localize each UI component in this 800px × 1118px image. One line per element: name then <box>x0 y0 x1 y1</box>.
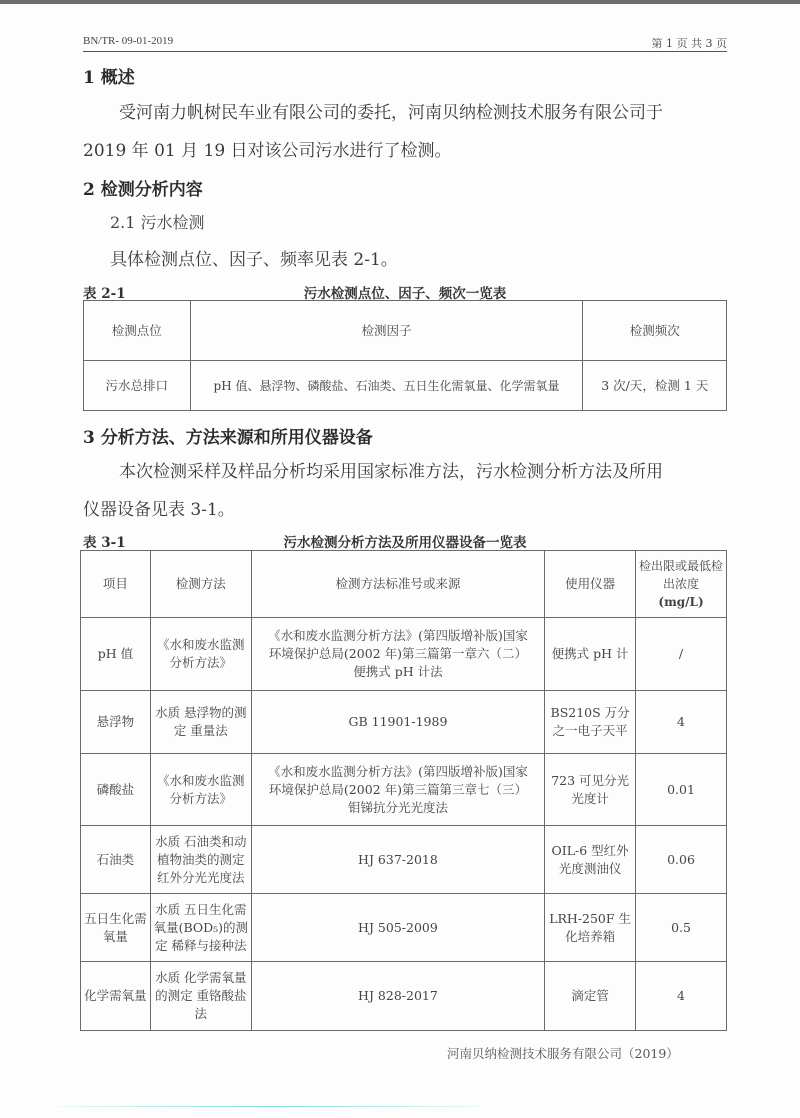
section-3-para-line2: 仪器设备见表 3-1。 <box>83 495 727 520</box>
cell-instrument: LRH-250F 生化培养箱 <box>545 894 636 962</box>
header-cell: 检测方法标准号或来源 <box>251 551 544 618</box>
table-row: 石油类 水质 石油类和动植物油类的测定 红外分光光度法 HJ 637-2018 … <box>81 826 727 894</box>
table-row: 悬浮物 水质 悬浮物的测定 重量法 GB 11901-1989 BS210S 万… <box>81 691 727 754</box>
cell-method: 《水和废水监测分析方法》 <box>150 618 251 691</box>
table-row: 化学需氧量 水质 化学需氧量的测定 重铬酸盐法 HJ 828-2017 滴定管 … <box>81 962 727 1031</box>
cell-limit: 0.5 <box>636 894 727 962</box>
section-2-heading: 2 检测分析内容 <box>83 175 203 200</box>
cell-source: 《水和废水监测分析方法》(第四版增补版)国家环境保护总局(2002 年)第三篇第… <box>251 618 544 691</box>
scan-edge <box>0 0 800 4</box>
table-2-1: 检测点位 检测因子 检测频次 污水总排口 pH 值、悬浮物、磷酸盐、石油类、五日… <box>83 300 727 411</box>
cell-item: 五日生化需氧量 <box>81 894 151 962</box>
page-indicator: 第 1 页 共 3 页 <box>652 35 727 51</box>
cell-source: HJ 637-2018 <box>251 826 544 894</box>
cell-method: 水质 化学需氧量的测定 重铬酸盐法 <box>150 962 251 1031</box>
section-1-heading: 1 概述 <box>83 63 135 88</box>
header-cell: 检测点位 <box>84 301 191 361</box>
header-cell: 检测频次 <box>583 301 727 361</box>
cell-method: 水质 石油类和动植物油类的测定 红外分光光度法 <box>150 826 251 894</box>
cell-location: 污水总排口 <box>84 361 191 411</box>
cell-item: 悬浮物 <box>81 691 151 754</box>
table-row: pH 值 《水和废水监测分析方法》 《水和废水监测分析方法》(第四版增补版)国家… <box>81 618 727 691</box>
header-limit-label: 检出限或最低检出浓度 <box>639 559 723 591</box>
cell-source: 《水和废水监测分析方法》(第四版增补版)国家环境保护总局(2002 年)第三篇第… <box>251 754 544 826</box>
header-cell: 检测方法 <box>150 551 251 618</box>
table-header-row: 检测点位 检测因子 检测频次 <box>84 301 727 361</box>
cell-frequency: 3 次/天，检测 1 天 <box>583 361 727 411</box>
cell-instrument: 便携式 pH 计 <box>545 618 636 691</box>
table-row: 污水总排口 pH 值、悬浮物、磷酸盐、石油类、五日生化需氧量、化学需氧量 3 次… <box>84 361 727 411</box>
cell-source: HJ 505-2009 <box>251 894 544 962</box>
cell-limit: 4 <box>636 691 727 754</box>
table-2-1-title: 污水检测点位、因子、频次一览表 <box>83 282 727 302</box>
header-cell: 检测因子 <box>190 301 583 361</box>
cell-source: HJ 828-2017 <box>251 962 544 1031</box>
table-row: 五日生化需氧量 水质 五日生化需氧量(BOD₅)的测定 稀释与接种法 HJ 50… <box>81 894 727 962</box>
table-header-row: 项目 检测方法 检测方法标准号或来源 使用仪器 检出限或最低检出浓度 (mg/L… <box>81 551 727 618</box>
cell-method: 水质 五日生化需氧量(BOD₅)的测定 稀释与接种法 <box>150 894 251 962</box>
report-number: BN/TR- 09-01-2019 <box>83 35 173 47</box>
cell-item: 磷酸盐 <box>81 754 151 826</box>
cell-instrument: 723 可见分光光度计 <box>545 754 636 826</box>
section-2-para: 具体检测点位、因子、频率见表 2-1。 <box>110 245 754 270</box>
seal-stamp-fragment <box>780 520 800 640</box>
cell-item: 化学需氧量 <box>81 962 151 1031</box>
section-1-para-line1: 受河南力帆树民车业有限公司的委托，河南贝纳检测技术服务有限公司于 <box>83 98 727 123</box>
table-3-1: 项目 检测方法 检测方法标准号或来源 使用仪器 检出限或最低检出浓度 (mg/L… <box>80 550 727 1031</box>
table-3-1-title: 污水检测分析方法及所用仪器设备一览表 <box>83 531 727 551</box>
cell-instrument: 滴定管 <box>545 962 636 1031</box>
header-cell: 项目 <box>81 551 151 618</box>
header-limit-unit: (mg/L) <box>658 595 703 609</box>
cell-method: 水质 悬浮物的测定 重量法 <box>150 691 251 754</box>
cell-instrument: OIL-6 型红外光度测油仪 <box>545 826 636 894</box>
header-cell: 使用仪器 <box>545 551 636 618</box>
section-3-para-line1: 本次检测采样及样品分析均采用国家标准方法，污水检测分析方法及所用 <box>83 457 727 482</box>
section-1-para-line2: 2019 年 01 月 19 日对该公司污水进行了检测。 <box>83 136 727 161</box>
section-3-heading: 3 分析方法、方法来源和所用仪器设备 <box>83 423 373 448</box>
cell-item: pH 值 <box>81 618 151 691</box>
cell-limit: / <box>636 618 727 691</box>
cell-instrument: BS210S 万分之一电子天平 <box>545 691 636 754</box>
cell-source: GB 11901-1989 <box>251 691 544 754</box>
cell-method: 《水和废水监测分析方法》 <box>150 754 251 826</box>
table-row: 磷酸盐 《水和废水监测分析方法》 《水和废水监测分析方法》(第四版增补版)国家环… <box>81 754 727 826</box>
cell-limit: 0.06 <box>636 826 727 894</box>
section-2-1-heading: 2.1 污水检测 <box>110 210 205 233</box>
cell-limit: 4 <box>636 962 727 1031</box>
cell-factors: pH 值、悬浮物、磷酸盐、石油类、五日生化需氧量、化学需氧量 <box>190 361 583 411</box>
cell-limit: 0.01 <box>636 754 727 826</box>
page-header: BN/TR- 09-01-2019 第 1 页 共 3 页 <box>83 35 727 52</box>
page-footer-company: 河南贝纳检测技术服务有限公司（2019） <box>447 1044 679 1062</box>
cell-item: 石油类 <box>81 826 151 894</box>
scan-artifact-line <box>60 1106 480 1107</box>
header-cell: 检出限或最低检出浓度 (mg/L) <box>636 551 727 618</box>
